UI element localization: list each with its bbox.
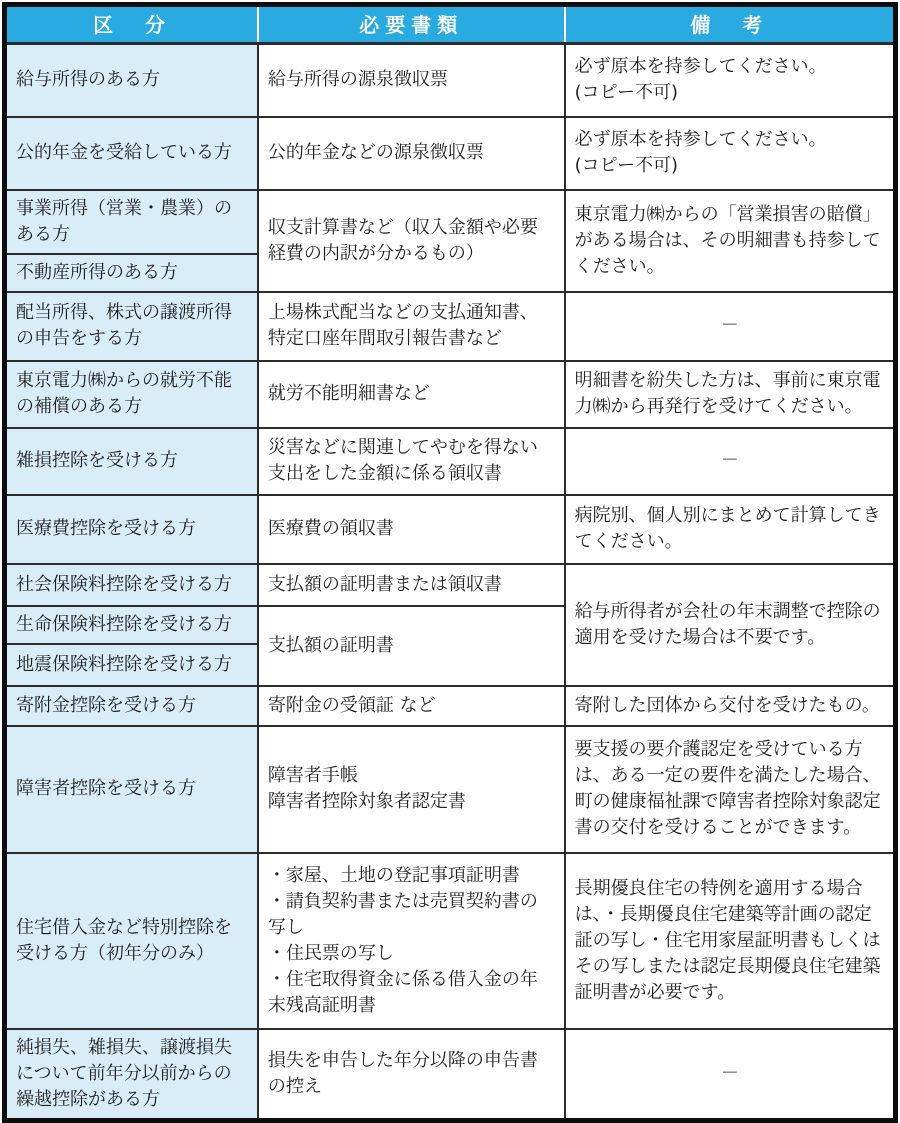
required-documents-table: 区 分 必要書類 備 考 給与所得のある方 給与所得の源泉徴収票 必ず原本を持参…	[2, 2, 898, 1123]
table-row: 東京電力㈱からの就労不能の補償のある方 就労不能明細書など 明細書を紛失した方は…	[5, 361, 896, 428]
documents-cell: 給与所得の源泉徴収票	[258, 44, 565, 117]
category-cell: 生命保険料控除を受ける方	[5, 606, 258, 644]
documents-cell: 支払額の証明書または領収書	[258, 564, 565, 606]
table-row: 配当所得、株式の譲渡所得の申告をする方 上場株式配当などの支払通知書、特定口座年…	[5, 292, 896, 361]
category-cell: 障害者控除を受ける方	[5, 726, 258, 853]
table-row: 寄附金控除を受ける方 寄附金の受領証 など 寄附した団体から交付を受けたもの。	[5, 686, 896, 726]
documents-cell: 災害などに関連してやむを得ない支出をした金額に係る領収書	[258, 428, 565, 495]
documents-cell: 障害者手帳 障害者控除対象者認定書	[258, 726, 565, 853]
remarks-cell: 長期優良住宅の特例を適用する場合は、・長期優良住宅建築等計画の認定証の写し・住宅…	[565, 853, 896, 1029]
table-row: 雑損控除を受ける方 災害などに関連してやむを得ない支出をした金額に係る領収書 －	[5, 428, 896, 495]
table-row: 公的年金を受給している方 公的年金などの源泉徴収票 必ず原本を持参してください。…	[5, 117, 896, 190]
table-row: 純損失、雑損失、譲渡損失について前年分以前からの繰越控除がある方 損失を申告した…	[5, 1029, 896, 1121]
category-cell: 社会保険料控除を受ける方	[5, 564, 258, 606]
documents-cell: 寄附金の受領証 など	[258, 686, 565, 726]
table-row: 事業所得（営業・農業）のある方 収支計算書など（収入金額や必要経費の内訳が分かる…	[5, 190, 896, 254]
documents-cell: 支払額の証明書	[258, 606, 565, 686]
table-row: 給与所得のある方 給与所得の源泉徴収票 必ず原本を持参してください。 (コピー不…	[5, 44, 896, 117]
table-header-row: 区 分 必要書類 備 考	[5, 5, 896, 44]
remarks-cell: 病院別、個人別にまとめて計算してきてください。	[565, 495, 896, 564]
category-cell: 医療費控除を受ける方	[5, 495, 258, 564]
remarks-cell: －	[565, 292, 896, 361]
documents-cell: 公的年金などの源泉徴収票	[258, 117, 565, 190]
remarks-cell: 明細書を紛失した方は、事前に東京電力㈱から再発行を受けてください。	[565, 361, 896, 428]
category-cell: 事業所得（営業・農業）のある方	[5, 190, 258, 254]
remarks-cell: 要支援の要介護認定を受けている方は、ある一定の要件を満たした場合、町の健康福祉課…	[565, 726, 896, 853]
category-cell: 配当所得、株式の譲渡所得の申告をする方	[5, 292, 258, 361]
category-cell: 公的年金を受給している方	[5, 117, 258, 190]
category-cell: 住宅借入金など特別控除を受ける方（初年分のみ）	[5, 853, 258, 1029]
table-row: 住宅借入金など特別控除を受ける方（初年分のみ） ・家屋、土地の登記事項証明書 ・…	[5, 853, 896, 1029]
category-cell: 純損失、雑損失、譲渡損失について前年分以前からの繰越控除がある方	[5, 1029, 258, 1121]
document-page: 区 分 必要書類 備 考 給与所得のある方 給与所得の源泉徴収票 必ず原本を持参…	[0, 0, 900, 1118]
header-remarks: 備 考	[565, 5, 896, 44]
documents-cell: 損失を申告した年分以降の申告書の控え	[258, 1029, 565, 1121]
remarks-cell: 必ず原本を持参してください。 (コピー不可)	[565, 117, 896, 190]
category-cell: 寄附金控除を受ける方	[5, 686, 258, 726]
header-category: 区 分	[5, 5, 258, 44]
category-cell: 雑損控除を受ける方	[5, 428, 258, 495]
remarks-cell: －	[565, 428, 896, 495]
remarks-cell: －	[565, 1029, 896, 1121]
category-cell: 不動産所得のある方	[5, 254, 258, 292]
remarks-cell: 必ず原本を持参してください。 (コピー不可)	[565, 44, 896, 117]
category-cell: 地震保険料控除を受ける方	[5, 644, 258, 686]
header-documents: 必要書類	[258, 5, 565, 44]
table-row: 社会保険料控除を受ける方 支払額の証明書または領収書 給与所得者が会社の年末調整…	[5, 564, 896, 606]
category-cell: 給与所得のある方	[5, 44, 258, 117]
documents-cell: 上場株式配当などの支払通知書、特定口座年間取引報告書など	[258, 292, 565, 361]
documents-cell: 就労不能明細書など	[258, 361, 565, 428]
category-cell: 東京電力㈱からの就労不能の補償のある方	[5, 361, 258, 428]
remarks-cell: 東京電力㈱からの「営業損害の賠償」がある場合は、その明細書も持参してください。	[565, 190, 896, 292]
table-row: 医療費控除を受ける方 医療費の領収書 病院別、個人別にまとめて計算してきてくださ…	[5, 495, 896, 564]
documents-cell: 収支計算書など（収入金額や必要経費の内訳が分かるもの）	[258, 190, 565, 292]
remarks-cell: 給与所得者が会社の年末調整で控除の適用を受けた場合は不要です。	[565, 564, 896, 686]
documents-cell: ・家屋、土地の登記事項証明書 ・請負契約書または売買契約書の写し ・住民票の写し…	[258, 853, 565, 1029]
documents-cell: 医療費の領収書	[258, 495, 565, 564]
table-row: 障害者控除を受ける方 障害者手帳 障害者控除対象者認定書 要支援の要介護認定を受…	[5, 726, 896, 853]
remarks-cell: 寄附した団体から交付を受けたもの。	[565, 686, 896, 726]
